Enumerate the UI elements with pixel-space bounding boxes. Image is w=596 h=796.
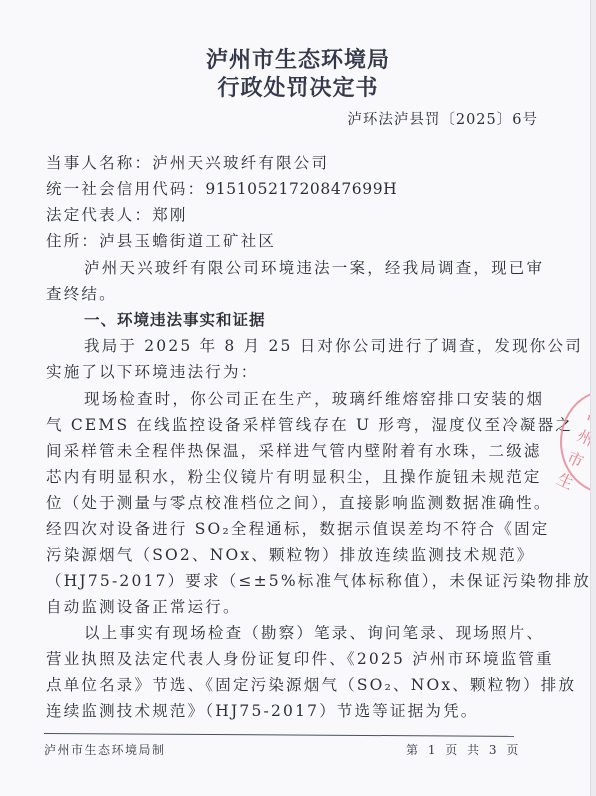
intro-line: 查终结。 — [46, 284, 117, 304]
footer-divider — [44, 733, 514, 737]
investigation-line: 实施了以下环境违法行为： — [46, 362, 258, 382]
facts-line: 气 CEMS 在线监控设备采样管线存在 U 形弯，湿度仪至冷凝器之 — [46, 415, 573, 435]
credit-code-row: 统一社会信用代码：91510521720847699H — [46, 179, 397, 199]
evidence-line: 连续监测技术规范》（HJ75-2017）节选等证据为凭。 — [46, 701, 479, 721]
official-seal-stamp — [560, 390, 590, 494]
facts-line: 经四次对设备进行 SO₂全程通标，数据示值误差均不符合《固定 — [46, 519, 549, 539]
party-name-row: 当事人名称：泸州天兴玻纤有限公司 — [46, 153, 329, 173]
party-name-value: 泸州天兴玻纤有限公司 — [152, 154, 329, 172]
legal-rep-label: 法定代表人： — [46, 206, 152, 224]
section-heading: 一、环境违法事实和证据 — [84, 310, 266, 330]
evidence-line: 点单位名录》节选、《固定污染源烟气（SO₂、NOx、颗粒物）排放 — [46, 675, 576, 695]
party-name-label: 当事人名称： — [46, 154, 152, 172]
evidence-line: 营业执照及法定代表人身份证复印件、《2025 泸州市环境监管重 — [46, 649, 554, 669]
footer-issuer: 泸州市生态环境局制 — [44, 741, 166, 758]
scan-edge-border — [590, 0, 596, 796]
investigation-line: 我局于 2025 年 8 月 25 日对你公司进行了调查，发现你公司 — [84, 336, 583, 356]
intro-line: 泸州天兴玻纤有限公司环境违法一案，经我局调查，现已审 — [84, 258, 544, 278]
document-number: 泸环法泸县罚〔2025〕6号 — [347, 108, 538, 129]
credit-code-value: 91510521720847699H — [205, 180, 397, 198]
evidence-line: 以上事实有现场检查（勘察）笔录、询问笔录、现场照片、 — [84, 623, 544, 643]
document-title-type: 行政处罚决定书 — [0, 71, 596, 102]
facts-line: 自动监测设备正常运行。 — [46, 597, 241, 617]
facts-line: 污染源烟气（SO2、NOx、颗粒物）排放连续监测技术规范》 — [46, 545, 535, 565]
facts-line: 间采样管未全程伴热保温，采样进气管内壁附着有水珠，二级滤 — [46, 441, 542, 461]
document-title-agency: 泸州市生态环境局 — [0, 43, 596, 74]
legal-rep-value: 郑刚 — [152, 206, 187, 224]
footer-page-info: 第 1 页 共 3 页 — [406, 741, 521, 758]
credit-code-label: 统一社会信用代码： — [46, 180, 205, 198]
facts-line: 现场检查时，你公司正在生产，玻璃纤维熔窑排口安装的烟 — [84, 389, 544, 409]
facts-line: 位（处于测量与零点校准档位之间），直接影响监测数据准确性。 — [46, 493, 552, 513]
address-value: 泸县玉蟾街道工矿社区 — [99, 232, 276, 250]
legal-rep-row: 法定代表人：郑刚 — [46, 205, 188, 225]
document-page: 泸州市生态环境局 行政处罚决定书 泸环法泸县罚〔2025〕6号 当事人名称：泸州… — [0, 0, 590, 796]
address-label: 住所： — [46, 232, 99, 250]
facts-line: （HJ75-2017）要求（≤±5%标准气体标称值），未保证污染物排放 — [46, 571, 591, 591]
facts-line: 芯内有明显积水，粉尘仪镜片有明显积尘，且操作旋钮未规范定 — [46, 467, 542, 487]
address-row: 住所：泸县玉蟾街道工矿社区 — [46, 231, 276, 251]
